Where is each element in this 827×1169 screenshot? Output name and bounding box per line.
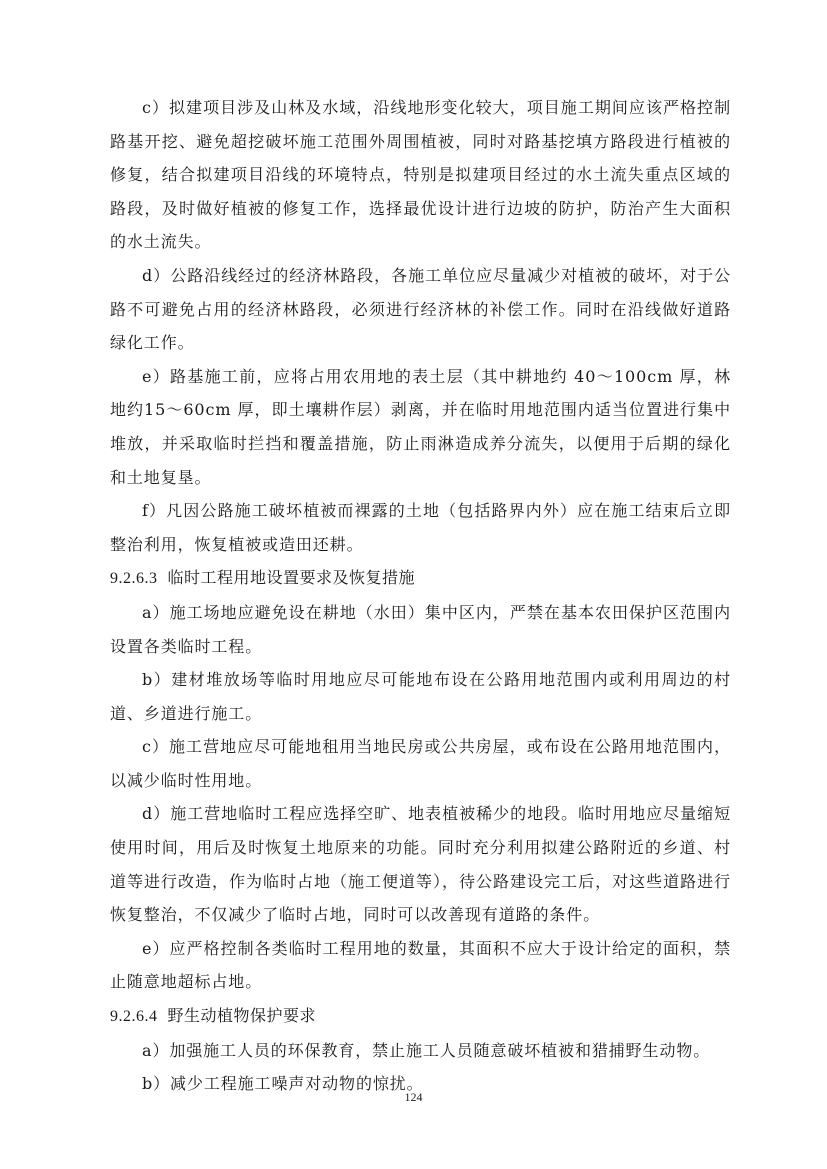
paragraph-a-construction-site: a）施工场地应避免设在耕地（水田）集中区内，严禁在基本农田保护区范围内设置各类临… bbox=[110, 596, 731, 663]
section-title: 临时工程用地设置要求及恢复措施 bbox=[168, 568, 416, 587]
section-number: 9.2.6.3 bbox=[110, 570, 158, 587]
paragraph-c-camp-housing: c）施工营地应尽可能地租用当地民房或公共房屋，或布设在公路用地范围内，以减少临时… bbox=[110, 730, 731, 797]
paragraph-a-environmental-education: a）加强施工人员的环保教育，禁止施工人员随意破坏植被和猎捕野生动物。 bbox=[110, 1034, 731, 1068]
page-number: 124 bbox=[0, 1090, 827, 1105]
paragraph-d-economic-forest: d）公路沿线经过的经济林路段，各施工单位应尽量减少对植被的破坏，对于公路不可避免… bbox=[110, 259, 731, 360]
paragraph-d-temporary-works: d）施工营地临时工程应选择空旷、地表植被稀少的地段。临时用地应尽量缩短使用时间，… bbox=[110, 797, 731, 931]
section-title: 野生动植物保护要求 bbox=[168, 1006, 317, 1025]
section-heading-9-2-6-4: 9.2.6.4野生动植物保护要求 bbox=[110, 999, 731, 1034]
document-page: c）拟建项目涉及山林及水域，沿线地形变化较大，项目施工期间应该严格控制路基开挖、… bbox=[110, 91, 731, 1101]
section-heading-9-2-6-3: 9.2.6.3临时工程用地设置要求及恢复措施 bbox=[110, 561, 731, 596]
paragraph-e-topsoil-stripping: e）路基施工前，应将占用农用地的表土层（其中耕地约 40～100cm 厚，林地约… bbox=[110, 360, 731, 494]
paragraph-e-land-quantity-control: e）应严格控制各类临时工程用地的数量，其面积不应大于设计给定的面积，禁止随意地超… bbox=[110, 932, 731, 999]
paragraph-b-material-yard: b）建材堆放场等临时用地应尽可能地布设在公路用地范围内或利用周边的村道、乡道进行… bbox=[110, 663, 731, 730]
section-number: 9.2.6.4 bbox=[110, 1008, 158, 1025]
paragraph-f-bare-land-restoration: f）凡因公路施工破坏植被而裸露的土地（包括路界内外）应在施工结束后立即整治利用，… bbox=[110, 494, 731, 561]
paragraph-c-vegetation-protection: c）拟建项目涉及山林及水域，沿线地形变化较大，项目施工期间应该严格控制路基开挖、… bbox=[110, 91, 731, 259]
